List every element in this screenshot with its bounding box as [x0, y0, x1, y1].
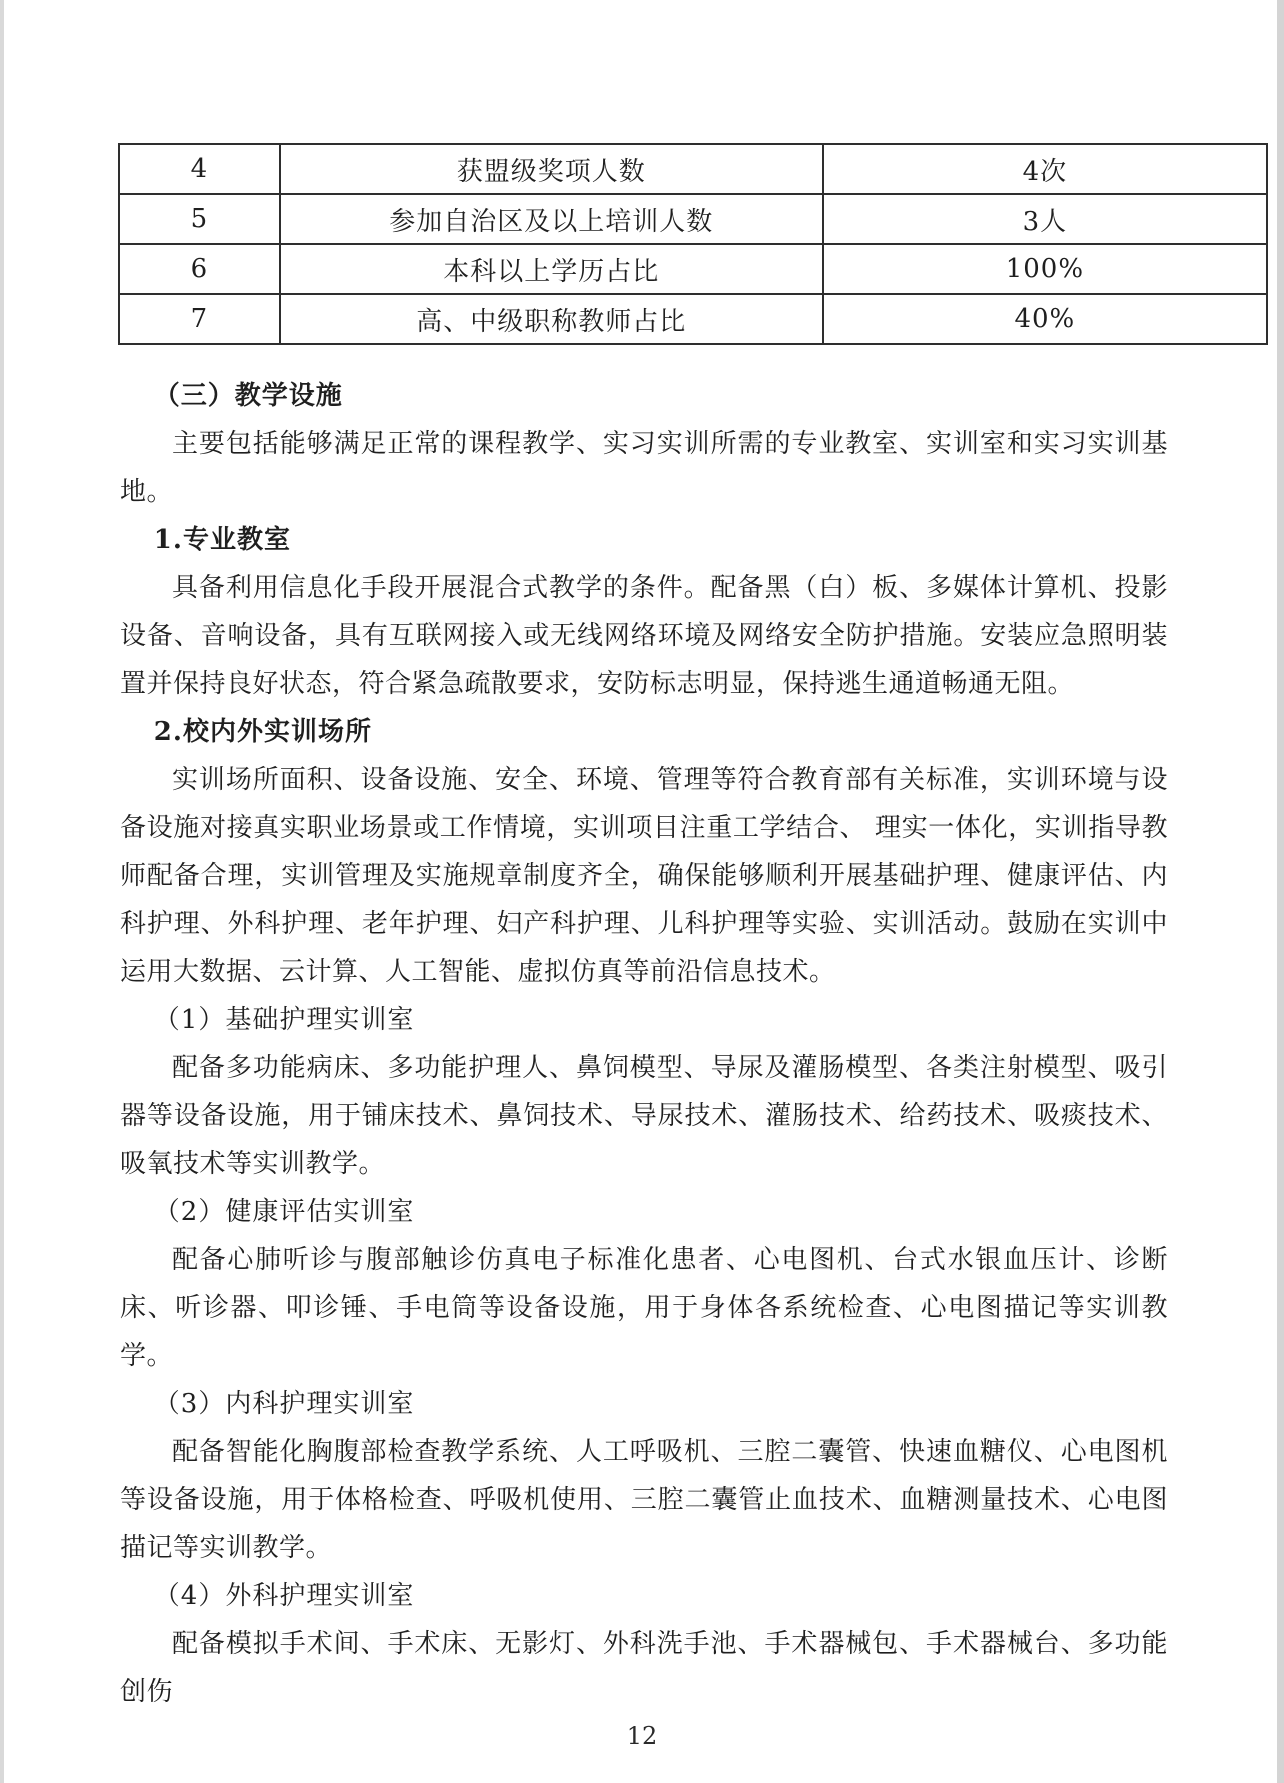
table-cell-value: 40% — [823, 294, 1267, 344]
subheading-professional-classroom: 1.专业教室 — [120, 516, 1168, 564]
paragraph-overview: 主要包括能够满足正常的课程教学、实习实训所需的专业教室、实训室和实习实训基地。 — [120, 420, 1168, 516]
subheading-training-sites: 2.校内外实训场所 — [120, 708, 1168, 756]
table-cell-item: 本科以上学历占比 — [280, 244, 823, 294]
table-cell-no: 6 — [119, 244, 280, 294]
paragraph-internal-medicine: 配备智能化胸腹部检查教学系统、人工呼吸机、三腔二囊管、快速血糖仪、心电图机等设备… — [120, 1428, 1168, 1572]
page-number: 12 — [0, 1722, 1284, 1750]
table-row: 4 获盟级奖项人数 4次 — [119, 144, 1267, 194]
table-cell-no: 4 — [119, 144, 280, 194]
table-cell-value: 4次 — [823, 144, 1267, 194]
heading-basic-nursing-room: （1）基础护理实训室 — [120, 996, 1168, 1044]
heading-surgical-nursing-room: （4）外科护理实训室 — [120, 1572, 1168, 1620]
table-cell-value: 3人 — [823, 194, 1267, 244]
table-cell-no: 5 — [119, 194, 280, 244]
table-row: 6 本科以上学历占比 100% — [119, 244, 1267, 294]
heading-internal-medicine-room: （3）内科护理实训室 — [120, 1380, 1168, 1428]
table-cell-item: 获盟级奖项人数 — [280, 144, 823, 194]
paragraph-training-sites: 实训场所面积、设备设施、安全、环境、管理等符合教育部有关标准，实训环境与设备设施… — [120, 756, 1168, 996]
paragraph-classroom: 具备利用信息化手段开展混合式教学的条件。配备黑（白）板、多媒体计算机、投影设备、… — [120, 564, 1168, 708]
table-row: 5 参加自治区及以上培训人数 3人 — [119, 194, 1267, 244]
section-heading-teaching-facilities: （三）教学设施 — [120, 372, 1168, 420]
scan-edge-left — [0, 0, 4, 1783]
document-body: （三）教学设施 主要包括能够满足正常的课程教学、实习实训所需的专业教室、实训室和… — [120, 372, 1168, 1716]
table-cell-item: 参加自治区及以上培训人数 — [280, 194, 823, 244]
scan-edge-right — [1277, 0, 1284, 1783]
table-cell-item: 高、中级职称教师占比 — [280, 294, 823, 344]
table-cell-no: 7 — [119, 294, 280, 344]
heading-health-assessment-room: （2）健康评估实训室 — [120, 1188, 1168, 1236]
table-row: 7 高、中级职称教师占比 40% — [119, 294, 1267, 344]
table-cell-value: 100% — [823, 244, 1267, 294]
paragraph-basic-nursing: 配备多功能病床、多功能护理人、鼻饲模型、导尿及灌肠模型、各类注射模型、吸引器等设… — [120, 1044, 1168, 1188]
paragraph-surgical-nursing: 配备模拟手术间、手术床、无影灯、外科洗手池、手术器械包、手术器械台、多功能创伤 — [120, 1620, 1168, 1716]
document-page: 4 获盟级奖项人数 4次 5 参加自治区及以上培训人数 3人 6 本科以上学历占… — [0, 0, 1284, 1783]
paragraph-health-assessment: 配备心肺听诊与腹部触诊仿真电子标准化患者、心电图机、台式水银血压计、诊断床、听诊… — [120, 1236, 1168, 1380]
metrics-table: 4 获盟级奖项人数 4次 5 参加自治区及以上培训人数 3人 6 本科以上学历占… — [118, 143, 1268, 345]
